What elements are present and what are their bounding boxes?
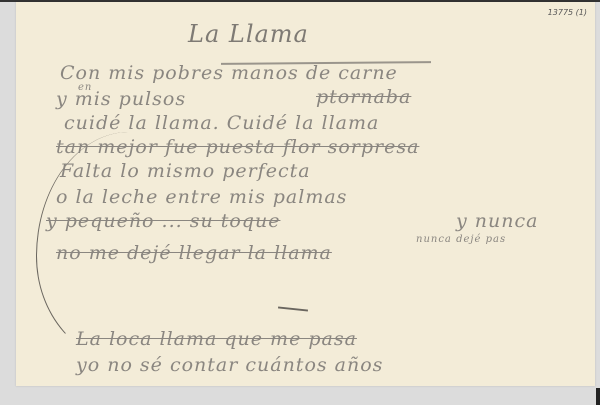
line-4: tan mejor fue puesta flor sorpresa [56,136,419,158]
closing-line-2: yo no sé contar cuántos años [76,354,383,376]
line-2: y mis pulsos [56,88,186,110]
line-7: y pequeño ... su toque [46,210,280,232]
line-1: Con mis pobres manos de carne [60,62,398,84]
section-separator [278,306,308,311]
line-2-struck: ptornaba [316,86,411,108]
line-7-insert-above: nunca dejé pas [416,234,506,245]
line-7-insert-right: y nunca [456,210,538,232]
closing-line-1: La loca llama que me pasa [76,328,357,350]
line-5: Falta lo mismo perfecta [60,160,311,182]
poem-title: La Llama [188,20,309,48]
line-3: cuidé la llama. Cuidé la llama [64,112,379,134]
line-6: o la leche entre mis palmas [56,186,347,208]
archive-number: 13775 (1) [548,8,587,17]
line-8: no me dejé llegar la llama [56,242,332,264]
manuscript-page: 13775 (1) La Llama Con mis pobres manos … [16,2,595,386]
scan-right-edge [596,388,600,405]
